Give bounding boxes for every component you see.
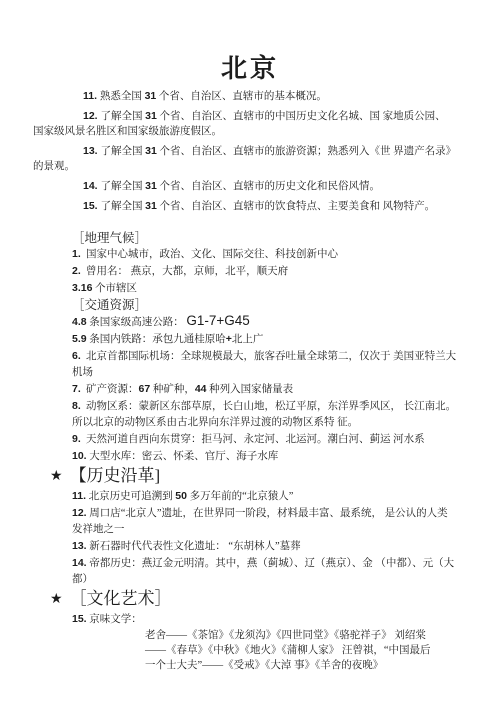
text-segment: 50 (175, 490, 187, 502)
text-segment: 天然河道自西向东贯穿：拒马河、永定河、北运河。潮白河、蓟运 河水系 (81, 434, 425, 445)
text-line: 14. 了解全国 31 个省、自治区、直辖市的历史文化和民俗风情。 (33, 179, 500, 194)
text-segment: 国家级风景名胜区和国家级旅游度假区。 (33, 126, 222, 137)
text-line: ——《春草》《中秋》《地火》《蒲柳人家》 汪曾祺，“中国最后 (145, 643, 500, 658)
text-line: 2. 曾用名： 燕京，大都，京师，北平，顺天府 (72, 263, 500, 280)
text-segment: 14. (72, 557, 87, 569)
text-segment: 个省、自治区、直辖市的饮食特点、主要美食和 风物特产。 (157, 201, 435, 212)
text-segment: 3.16 (72, 282, 92, 294)
text-line: 1. 国家中心城市，政治、文化、国际交往、科技创新中心 (72, 246, 500, 263)
text-segment: 10. (72, 450, 87, 462)
text-segment: 5.9 (72, 333, 87, 345)
text-segment: 31 (145, 180, 157, 192)
text-line: 13. 了解全国 31 个省、自治区、直辖市的旅游资源；熟悉列入《世 界遗产名录… (33, 144, 500, 159)
text-segment: 14. (83, 180, 101, 192)
text-line: 所以北京的动物区系由古北界向东洋界过渡的动物区系特 征。 (72, 415, 500, 431)
text-segment: 9. (72, 433, 81, 445)
text-segment: 31 (145, 110, 157, 122)
text-segment: 2. (72, 265, 81, 277)
text-line: 10. 大型水库：密云、怀柔、官厅、海子水库 (72, 448, 500, 465)
text-line: 13. 新石器时代代表性文化遗址： “东胡林人”墓葬 (72, 538, 500, 555)
star-icon: ★ (50, 469, 63, 484)
text-segment: 7. (72, 383, 81, 395)
text-segment: 一个士大夫”——《受戒》《大淖 事》《羊舍的夜晚》 (145, 660, 383, 671)
text-segment: 8. (72, 400, 81, 412)
text-segment: ——《春草》《中秋》《地火》《蒲柳人家》 汪曾祺，“中国最后 (145, 645, 431, 656)
document-page: 北京 11. 熟悉全国 31 个省、自治区、直辖市的基本概况。12. 了解全国 … (0, 0, 500, 708)
text-line: 国家级风景名胜区和国家级旅游度假区。 (33, 124, 500, 139)
text-segment: 周口店“北京人”遗址，在世界同一阶段，材料最丰富、最系统， 是公认的人类 (87, 508, 448, 519)
text-line: 4.8 条国家级高速公路： G1-7+G45 (72, 313, 500, 331)
section-header: ★【历史沿革] (50, 465, 500, 488)
text-segment: 15. (72, 613, 87, 625)
text-line: 12. 周口店“北京人”遗址，在世界同一阶段，材料最丰富、最系统， 是公认的人类 (72, 505, 500, 522)
text-line: 15. 京味文学： (72, 611, 500, 628)
text-segment: 种列入国家储量表 (207, 384, 294, 395)
text-segment: 新石器时代代表性文化遗址： “东胡林人”墓葬 (87, 541, 301, 552)
text-line: 5.9 条国内铁路：承包九通桂原哈+北上广 (72, 331, 500, 348)
text-segment: 机场 (72, 367, 93, 378)
text-segment: 4.8 (72, 316, 87, 328)
text-line: 8. 动物区系：蒙新区东部草原，长白山地，松辽平原，东洋界季风区， 长江南北。 (72, 398, 500, 415)
text-segment: 的景观。 (33, 161, 75, 172)
text-line: 7. 矿产资源：67 种矿种，44 种列入国家储量表 (72, 381, 500, 398)
text-segment: 都） (72, 574, 93, 585)
text-segment: 北京首都国际机场：全球规模最大，旅客吞吐量全球第二，仅次于 美国亚特兰大 (81, 351, 456, 362)
text-segment: 【历史沿革] (70, 466, 161, 485)
text-segment: 44 (195, 383, 207, 395)
text-line: 9. 天然河道自西向东贯穿：拒马河、永定河、北运河。潮白河、蓟运 河水系 (72, 431, 500, 448)
text-segment: ［交通资源］ (72, 298, 147, 312)
text-segment: 熟悉全国 (100, 91, 145, 102)
text-line: 11. 北京历史可追溯到 50 多万年前的“北京猿人” (72, 488, 500, 505)
text-segment: 11. (83, 90, 100, 102)
text-line: 15. 了解全国 31 个省、自治区、直辖市的饮食特点、主要美食和 风物特产。 (33, 199, 500, 214)
text-line: 12. 了解全国 31 个省、自治区、直辖市的中国历史文化名城、国 家地质公园、 (33, 109, 500, 124)
section-header: ★［文化艺术］ (50, 588, 500, 611)
page-title: 北京 (0, 0, 500, 84)
text-line: 的景观。 (33, 159, 500, 174)
text-line: ［地理气候］ (72, 230, 500, 246)
text-line: 3.16 个市辖区 (72, 280, 500, 297)
text-segment: 多万年前的“北京猿人” (187, 491, 293, 502)
text-segment: 15. (83, 200, 101, 212)
text-segment: 31 (145, 145, 157, 157)
text-segment: 个省、自治区、直辖市的中国历史文化名城、国 家地质公园、 (157, 111, 446, 122)
text-segment: 个省、自治区、直辖市的基本概况。 (156, 91, 327, 102)
text-segment: 种矿种， (150, 384, 195, 395)
text-segment: 动物区系：蒙新区东部草原，长白山地，松辽平原，东洋界季风区， 长江南北。 (81, 401, 456, 412)
text-segment: 了解全国 (101, 201, 146, 212)
text-segment: 发祥地之一 (72, 524, 125, 535)
text-segment: ［文化艺术］ (70, 589, 172, 608)
text-segment: 所以北京的动物区系由古北界向东洋界过渡的动物区系特 征。 (72, 417, 358, 428)
text-segment: 北京历史可追溯到 (86, 491, 175, 502)
text-segment: 个市辖区 (92, 283, 137, 294)
text-segment: 矿产资源： (81, 384, 139, 395)
text-segment: 条国内铁路：承包九通桂原哈 (87, 334, 226, 345)
text-segment: 个省、自治区、直辖市的旅游资源；熟悉列入《世 界遗产名录》 (157, 146, 456, 157)
document-body: 11. 熟悉全国 31 个省、自治区、直辖市的基本概况。12. 了解全国 31 … (0, 89, 500, 673)
text-segment: 京味文学： (87, 614, 142, 625)
text-line: 机场 (72, 365, 500, 381)
text-segment: 31 (145, 200, 157, 212)
text-segment: 帝都历史：燕辽金元明清。其中，燕（蓟城）、辽（燕京）、金 （中都）、元（大 (87, 558, 455, 569)
text-segment: 1. (72, 248, 81, 260)
text-segment: 6. (72, 350, 81, 362)
text-line: ［交通资源］ (72, 297, 500, 313)
text-line: 6. 北京首都国际机场：全球规模最大，旅客吞吐量全球第二，仅次于 美国亚特兰大 (72, 348, 500, 365)
text-segment: 条国家级高速公路： (87, 317, 187, 328)
text-line: 一个士大夫”——《受戒》《大淖 事》《羊舍的夜晚》 (145, 658, 500, 673)
text-line: 发祥地之一 (72, 522, 500, 538)
text-segment: 12. (83, 110, 101, 122)
text-segment: G1-7+G45 (186, 313, 249, 328)
text-line: 14. 帝都历史：燕辽金元明清。其中，燕（蓟城）、辽（燕京）、金 （中都）、元（… (72, 555, 500, 572)
text-segment: 了解全国 (101, 111, 146, 122)
text-segment: 曾用名： 燕京，大都，京师，北平，顺天府 (81, 266, 288, 277)
text-segment: 国家中心城市，政治、文化、国际交往、科技创新中心 (81, 249, 338, 260)
text-segment: 31 (145, 90, 157, 102)
text-segment: 13. (83, 145, 101, 157)
text-segment: 13. (72, 540, 87, 552)
text-line: 老舍——《茶馆》《龙须沟》《四世同堂》《骆驼祥子》 刘绍棠 (145, 628, 500, 643)
text-segment: 个省、自治区、直辖市的历史文化和民俗风情。 (157, 181, 380, 192)
text-segment: 老舍——《茶馆》《龙须沟》《四世同堂》《骆驼祥子》 刘绍棠 (145, 630, 426, 641)
text-segment: 67 (139, 383, 151, 395)
text-segment: 11. (72, 490, 86, 502)
text-segment: ［地理气候］ (72, 231, 147, 245)
text-segment: 大型水库：密云、怀柔、官厅、海子水库 (87, 451, 279, 462)
text-segment: 12. (72, 507, 87, 519)
text-segment: 了解全国 (101, 181, 146, 192)
text-segment: 北上广 (232, 334, 264, 345)
text-line: 都） (72, 572, 500, 588)
star-icon: ★ (50, 592, 63, 607)
text-segment: 了解全国 (101, 146, 146, 157)
text-line: 11. 熟悉全国 31 个省、自治区、直辖市的基本概况。 (33, 89, 500, 104)
